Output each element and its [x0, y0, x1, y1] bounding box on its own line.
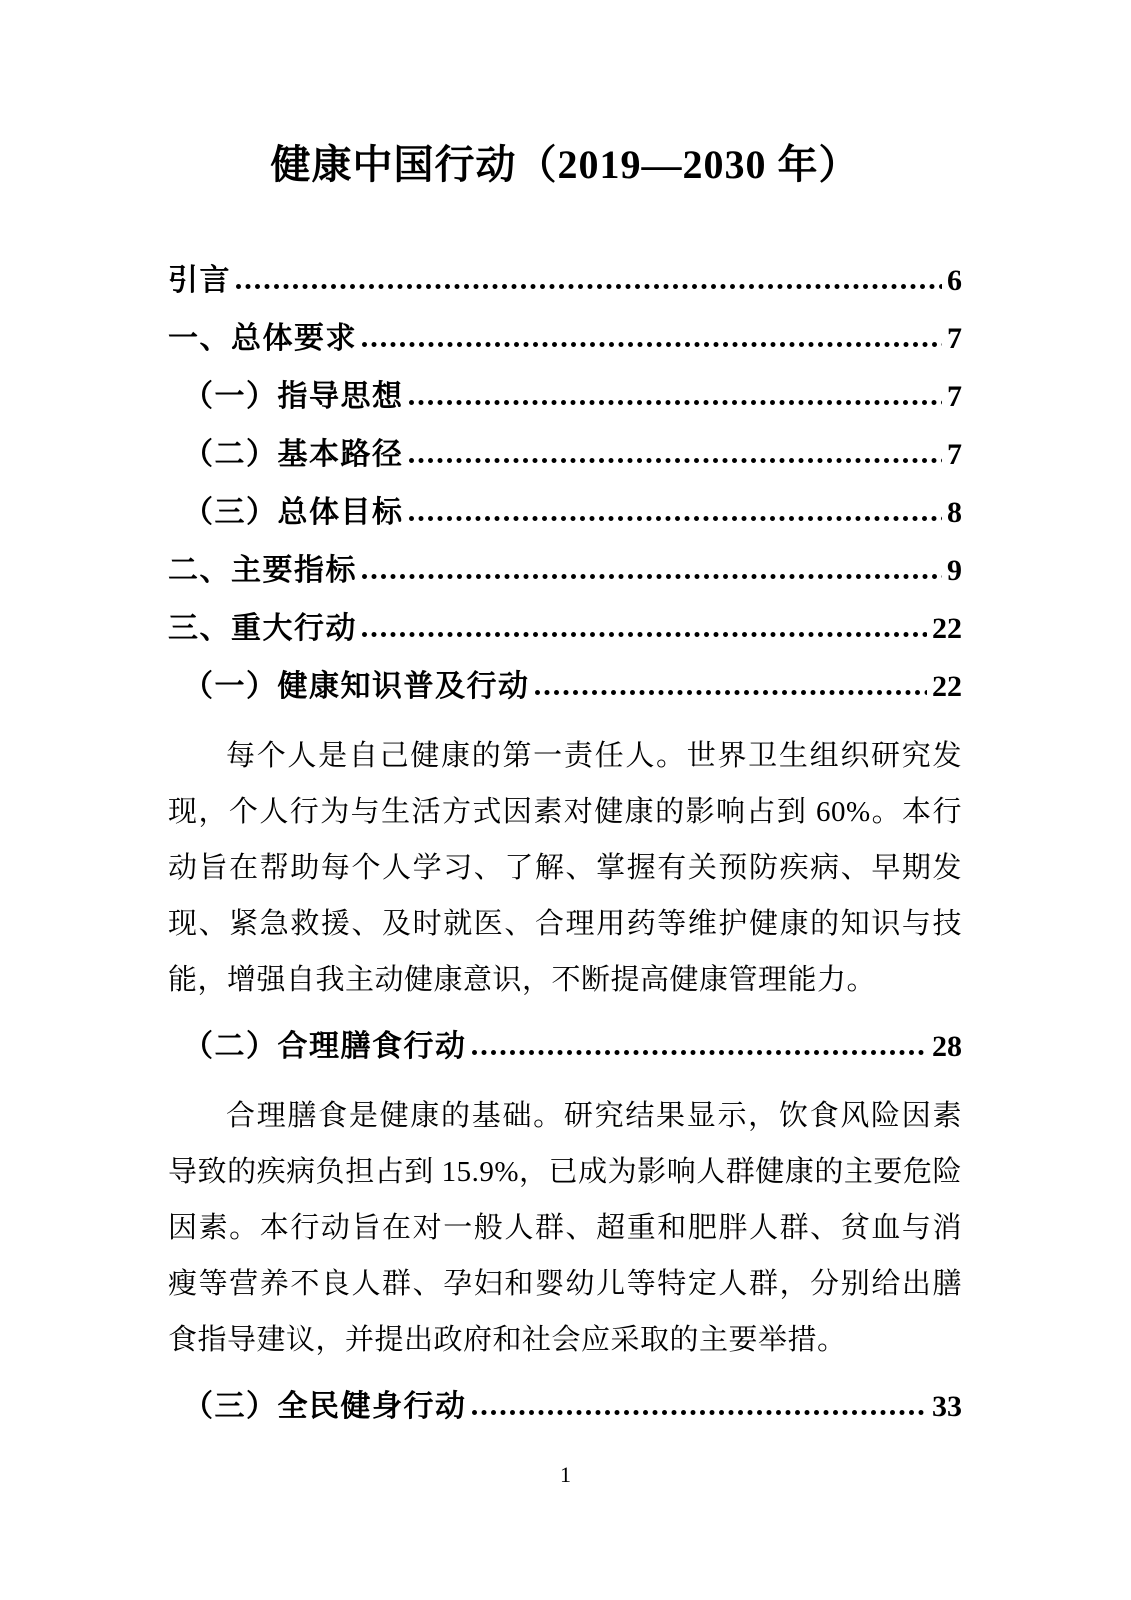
document-title: 健康中国行动（2019—2030 年）: [168, 140, 962, 190]
toc-entry-page: 22: [932, 612, 962, 646]
toc-entry-national-fitness-action[interactable]: （三）全民健身行动 33: [168, 1390, 962, 1424]
toc-dot-leader: [360, 341, 942, 348]
toc-entry-label: 二、主要指标: [168, 554, 357, 588]
toc-entry-guiding-ideology[interactable]: （一）指导思想 7: [168, 380, 962, 414]
section-summary-balanced-diet: 合理膳食是健康的基础。研究结果显示，饮食风险因素导致的疾病负担占到 15.9%，…: [168, 1088, 962, 1368]
toc-entry-label: （二）合理膳食行动: [183, 1030, 467, 1064]
document-page: 健康中国行动（2019—2030 年） 引言 6 一、总体要求 7 （一）指导思…: [0, 0, 1131, 1600]
toc-entry-label: 三、重大行动: [168, 612, 357, 646]
toc-entry-health-knowledge-action[interactable]: （一）健康知识普及行动 22: [168, 670, 962, 704]
toc-dot-leader: [360, 573, 942, 580]
toc-dot-leader: [360, 631, 927, 638]
toc-entry-balanced-diet-action[interactable]: （二）合理膳食行动 28: [168, 1030, 962, 1064]
toc-entry-page: 7: [947, 438, 962, 472]
section-summary-health-knowledge: 每个人是自己健康的第一责任人。世界卫生组织研究发现，个人行为与生活方式因素对健康…: [168, 728, 962, 1008]
toc-entry-page: 7: [947, 322, 962, 356]
toc-entry-main-indicators[interactable]: 二、主要指标 9: [168, 554, 962, 588]
toc-entry-major-actions[interactable]: 三、重大行动 22: [168, 612, 962, 646]
toc-entry-page: 8: [947, 496, 962, 530]
page-number: 1: [560, 1462, 571, 1487]
toc-entry-page: 7: [947, 380, 962, 414]
toc-entry-page: 28: [932, 1030, 962, 1064]
toc-entry-page: 6: [947, 264, 962, 298]
toc-entry-page: 33: [932, 1390, 962, 1424]
toc-entry-label: 引言: [168, 264, 231, 298]
toc-dot-leader: [533, 689, 928, 696]
table-of-contents: 引言 6 一、总体要求 7 （一）指导思想 7 （二）基本路径 7 （三）总体目…: [168, 264, 962, 1424]
toc-dot-leader: [407, 399, 943, 406]
page-footer: 1: [0, 1462, 1131, 1488]
toc-entry-page: 9: [947, 554, 962, 588]
toc-entry-label: （一）指导思想: [183, 380, 404, 414]
toc-entry-page: 22: [932, 670, 962, 704]
toc-entry-label: 一、总体要求: [168, 322, 357, 356]
toc-dot-leader: [407, 515, 943, 522]
toc-entry-label: （二）基本路径: [183, 438, 404, 472]
toc-dot-leader: [470, 1049, 928, 1056]
toc-dot-leader: [234, 283, 942, 290]
toc-entry-label: （三）全民健身行动: [183, 1390, 467, 1424]
toc-entry-overall-requirements[interactable]: 一、总体要求 7: [168, 322, 962, 356]
toc-entry-label: （三）总体目标: [183, 496, 404, 530]
toc-entry-basic-path[interactable]: （二）基本路径 7: [168, 438, 962, 472]
toc-entry-label: （一）健康知识普及行动: [183, 670, 530, 704]
toc-dot-leader: [470, 1409, 928, 1416]
toc-entry-overall-goals[interactable]: （三）总体目标 8: [168, 496, 962, 530]
toc-dot-leader: [407, 457, 943, 464]
toc-entry-intro[interactable]: 引言 6: [168, 264, 962, 298]
